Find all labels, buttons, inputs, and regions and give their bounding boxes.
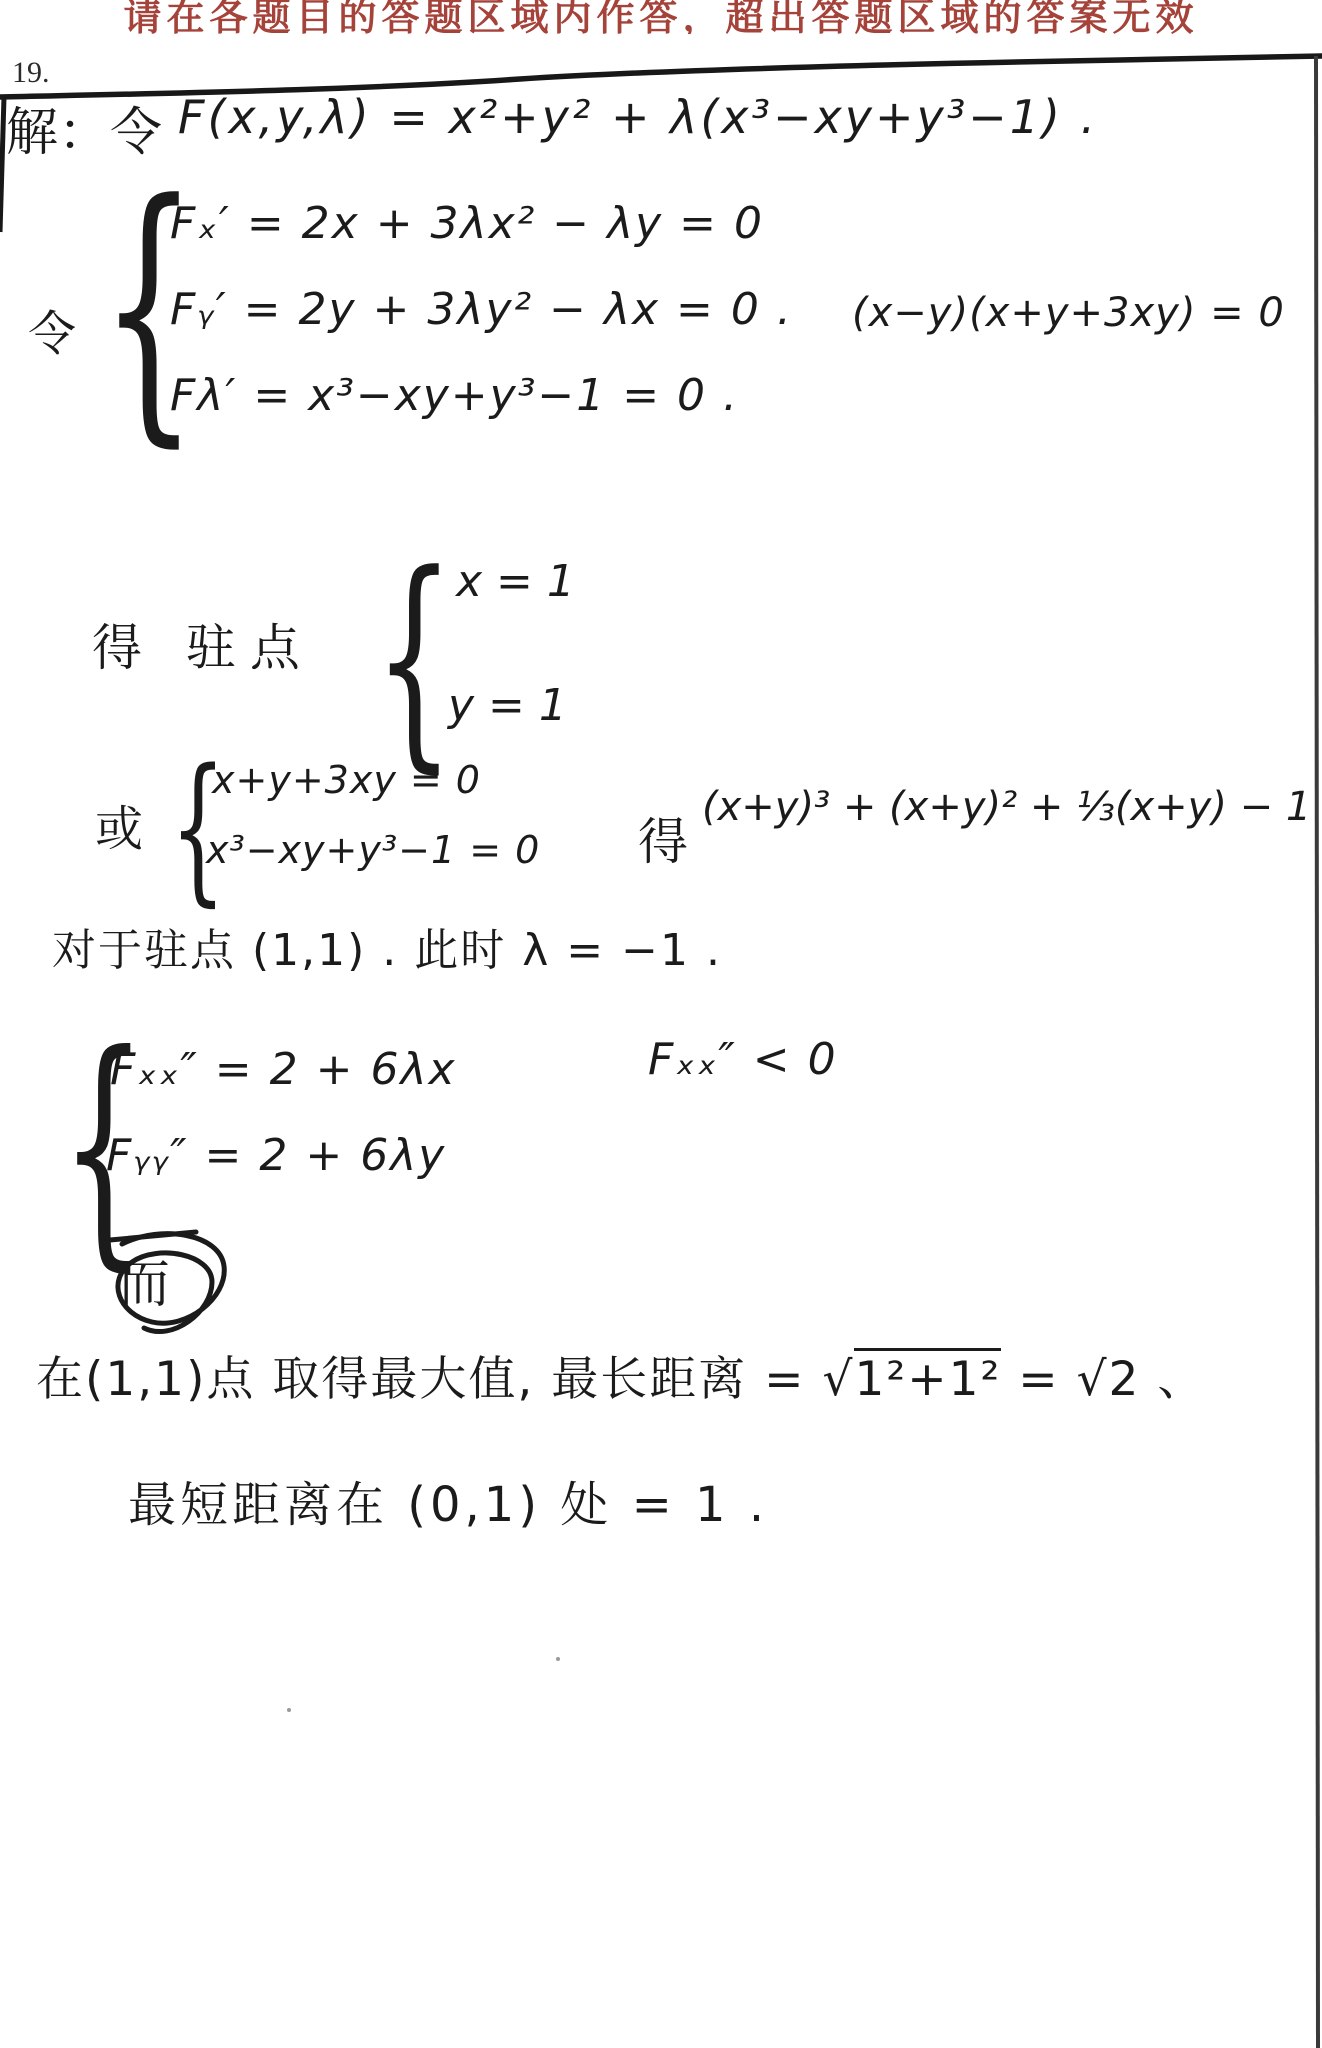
- or-label: 或: [95, 790, 143, 859]
- fxx-condition: Fₓₓ″ < 0: [648, 1034, 838, 1085]
- ink-speck: [556, 1657, 560, 1661]
- eq-flambda: Fλ′ = x³−xy+y³−1 = 0 .: [170, 370, 739, 421]
- case2-eq2: x³−xy+y³−1 = 0: [206, 828, 540, 872]
- question-number: 19.: [12, 56, 50, 90]
- ink-speck: [287, 1708, 291, 1712]
- scribble-strokes: [92, 1228, 262, 1353]
- eq-fx: Fₓ′ = 2x + 3λx² − λy = 0: [170, 198, 764, 249]
- stationary-point-label: 得 驻点: [92, 608, 314, 680]
- lambda-line: 对于驻点 (1,1) . 此时 λ = −1 .: [52, 914, 722, 978]
- stationary-y: y = 1: [448, 680, 567, 731]
- conclusion-max-suffix: = √2 、: [1001, 1352, 1206, 1407]
- eq-fxx: Fₓₓ″ = 2 + 6λx: [110, 1044, 457, 1095]
- conclusion-max-prefix: 在(1,1)点 取得最大值, 最长距离 = √: [36, 1352, 854, 1407]
- answer-sheet-page: 请在各题目的答题区域内作答，超出答题区域的答案无效 19. 解：令 F(x,y,…: [0, 0, 1322, 2048]
- system-label: 令: [28, 295, 76, 364]
- cubic-equation: (x+y)³ + (x+y)² + ⅓(x+y) − 1 = 0: [702, 784, 1322, 830]
- case2-eq1: x+y+3xy = 0: [212, 758, 481, 802]
- conclusion-min: 最短距离在 (0,1) 处 = 1 .: [128, 1466, 768, 1535]
- sqrt-radicand: 1²+1²: [854, 1348, 1001, 1407]
- stationary-system-brace: {: [374, 545, 454, 775]
- stationary-x: x = 1: [456, 556, 575, 607]
- factored-equation: (x−y)(x+y+3xy) = 0: [852, 290, 1285, 336]
- lagrange-function: F(x,y,λ) = x²+y² + λ(x³−xy+y³−1) .: [178, 90, 1098, 144]
- eq-fyy: Fᵧᵧ″ = 2 + 6λy: [106, 1130, 446, 1181]
- conclusion-max: 在(1,1)点 取得最大值, 最长距离 = √1²+1² = √2 、: [36, 1342, 1206, 1409]
- eq-fy: Fᵧ′ = 2y + 3λy² − λx = 0 .: [170, 284, 793, 335]
- derive-label: 得: [638, 802, 688, 874]
